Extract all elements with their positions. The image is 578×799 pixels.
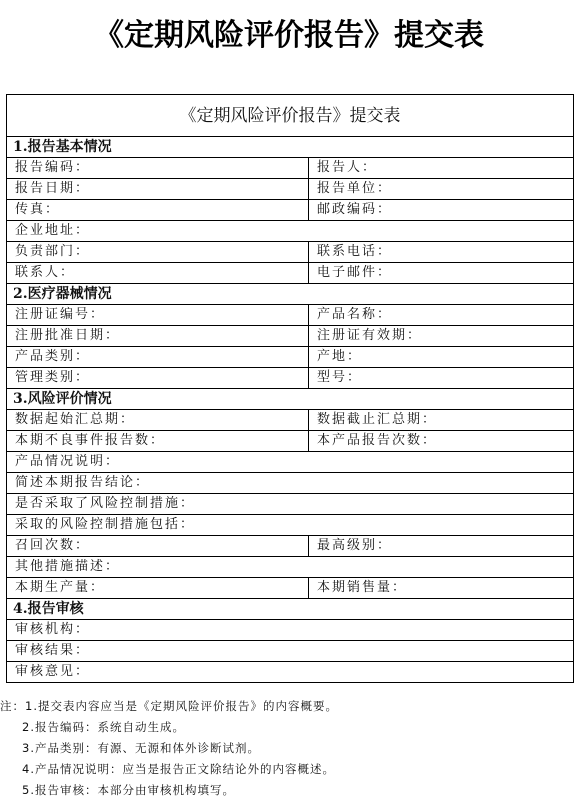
table-row: 数据起始汇总期： 数据截止汇总期： xyxy=(7,410,574,431)
notes-block: 注：1.提交表内容应当是《定期风险评价报告》的内容概要。 2.报告编码：系统自动… xyxy=(0,696,578,799)
field-contact-phone[interactable]: 联系电话： xyxy=(309,242,574,263)
table-row: 传真： 邮政编码： xyxy=(7,200,574,221)
note-item: 2.报告编码：系统自动生成。 xyxy=(0,717,578,738)
field-report-date[interactable]: 报告日期： xyxy=(7,179,309,200)
table-row: 本期生产量： 本期销售量： xyxy=(7,578,574,599)
section-heading-row: 4.报告审核 xyxy=(7,599,574,620)
table-row: 报告编码： 报告人： xyxy=(7,158,574,179)
table-row: 管理类别： 型号： xyxy=(7,368,574,389)
field-sales-volume[interactable]: 本期销售量： xyxy=(309,578,574,599)
field-management-category[interactable]: 管理类别： xyxy=(7,368,309,389)
field-registration-validity[interactable]: 注册证有效期： xyxy=(309,326,574,347)
document-title: 《定期风险评价报告》提交表 xyxy=(0,14,578,58)
section-heading-device-info: 2.医疗器械情况 xyxy=(7,284,574,305)
note-item: 4.产品情况说明：应当是报告正文除结论外的内容概述。 xyxy=(0,759,578,780)
field-other-measures[interactable]: 其他措施描述： xyxy=(7,557,574,578)
note-item: 1.提交表内容应当是《定期风险评价报告》的内容概要。 xyxy=(25,699,338,713)
field-product-report-count[interactable]: 本产品报告次数： xyxy=(309,431,574,452)
field-fax[interactable]: 传真： xyxy=(7,200,309,221)
field-report-code[interactable]: 报告编码： xyxy=(7,158,309,179)
table-row: 召回次数： 最高级别： xyxy=(7,536,574,557)
field-registration-number[interactable]: 注册证编号： xyxy=(7,305,309,326)
field-registration-approval-date[interactable]: 注册批准日期： xyxy=(7,326,309,347)
section-heading-row: 3.风险评价情况 xyxy=(7,389,574,410)
section-heading-row: 1.报告基本情况 xyxy=(7,137,574,158)
field-production-volume[interactable]: 本期生产量： xyxy=(7,578,309,599)
table-row: 审核结果： xyxy=(7,641,574,662)
field-contact-person[interactable]: 联系人： xyxy=(7,263,309,284)
field-review-opinion[interactable]: 审核意见： xyxy=(7,662,574,683)
table-row: 报告日期： 报告单位： xyxy=(7,179,574,200)
field-product-name[interactable]: 产品名称： xyxy=(309,305,574,326)
note-line: 注：1.提交表内容应当是《定期风险评价报告》的内容概要。 xyxy=(0,696,578,717)
section-heading-risk-evaluation: 3.风险评价情况 xyxy=(7,389,574,410)
table-row: 其他措施描述： xyxy=(7,557,574,578)
note-item: 3.产品类别：有源、无源和体外诊断试剂。 xyxy=(0,738,578,759)
table-title: 《定期风险评价报告》提交表 xyxy=(7,95,574,137)
field-responsible-dept[interactable]: 负责部门： xyxy=(7,242,309,263)
submission-form-table: 《定期风险评价报告》提交表 1.报告基本情况 报告编码： 报告人： 报告日期： … xyxy=(6,94,574,683)
field-recall-count[interactable]: 召回次数： xyxy=(7,536,309,557)
field-review-result[interactable]: 审核结果： xyxy=(7,641,574,662)
table-row: 审核意见： xyxy=(7,662,574,683)
note-item: 5.报告审核：本部分由审核机构填写。 xyxy=(0,780,578,799)
section-heading-report-review: 4.报告审核 xyxy=(7,599,574,620)
table-row: 审核机构： xyxy=(7,620,574,641)
table-row: 注册证编号： 产品名称： xyxy=(7,305,574,326)
field-reporter[interactable]: 报告人： xyxy=(309,158,574,179)
table-row: 企业地址： xyxy=(7,221,574,242)
field-highest-level[interactable]: 最高级别： xyxy=(309,536,574,557)
field-risk-control-taken[interactable]: 是否采取了风险控制措施： xyxy=(7,494,574,515)
section-heading-row: 2.医疗器械情况 xyxy=(7,284,574,305)
table-row: 产品类别： 产地： xyxy=(7,347,574,368)
table-row: 注册批准日期： 注册证有效期： xyxy=(7,326,574,347)
field-company-address[interactable]: 企业地址： xyxy=(7,221,574,242)
table-row: 产品情况说明： xyxy=(7,452,574,473)
notes-prefix: 注： xyxy=(0,699,25,713)
table-row: 本期不良事件报告数： 本产品报告次数： xyxy=(7,431,574,452)
field-review-institution[interactable]: 审核机构： xyxy=(7,620,574,641)
field-adverse-event-count[interactable]: 本期不良事件报告数： xyxy=(7,431,309,452)
field-model[interactable]: 型号： xyxy=(309,368,574,389)
field-product-category[interactable]: 产品类别： xyxy=(7,347,309,368)
field-report-unit[interactable]: 报告单位： xyxy=(309,179,574,200)
table-row: 是否采取了风险控制措施： xyxy=(7,494,574,515)
table-row: 简述本期报告结论： xyxy=(7,473,574,494)
field-postal-code[interactable]: 邮政编码： xyxy=(309,200,574,221)
field-risk-control-measures[interactable]: 采取的风险控制措施包括： xyxy=(7,515,574,536)
field-report-conclusion[interactable]: 简述本期报告结论： xyxy=(7,473,574,494)
field-email[interactable]: 电子邮件： xyxy=(309,263,574,284)
table-row: 负责部门： 联系电话： xyxy=(7,242,574,263)
field-product-description[interactable]: 产品情况说明： xyxy=(7,452,574,473)
field-origin[interactable]: 产地： xyxy=(309,347,574,368)
table-row: 采取的风险控制措施包括： xyxy=(7,515,574,536)
field-data-start-period[interactable]: 数据起始汇总期： xyxy=(7,410,309,431)
field-data-end-period[interactable]: 数据截止汇总期： xyxy=(309,410,574,431)
table-row: 联系人： 电子邮件： xyxy=(7,263,574,284)
table-title-row: 《定期风险评价报告》提交表 xyxy=(7,95,574,137)
section-heading-basic-info: 1.报告基本情况 xyxy=(7,137,574,158)
